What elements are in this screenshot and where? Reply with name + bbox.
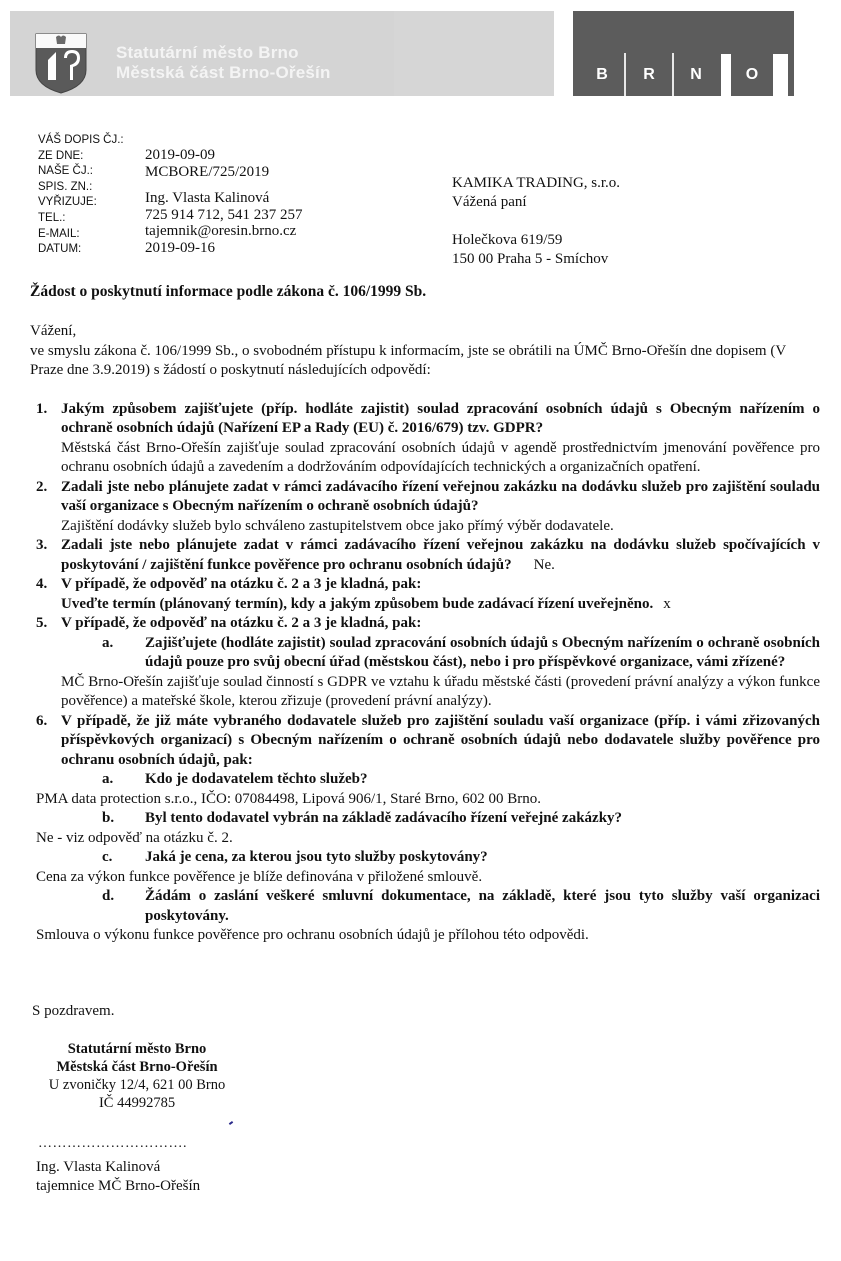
subquestion-letter: d. bbox=[102, 887, 114, 907]
org-line2: Městská část Brno-Ořešín bbox=[116, 63, 331, 83]
signer: Ing. Vlasta Kalinová tajemnice MČ Brno-O… bbox=[36, 1158, 200, 1196]
brno-letter-r: R bbox=[628, 53, 670, 96]
signature-line: …………………………. bbox=[38, 1136, 187, 1152]
recipient-address: KAMIKA TRADING, s.r.o. Vážená paní Holeč… bbox=[452, 174, 620, 269]
answer-6b: Ne - viz odpověď na otázku č. 2. bbox=[30, 829, 820, 849]
value-nase-cj: MCBORE/725/2019 bbox=[145, 164, 303, 181]
label-tel: TEL.: bbox=[38, 211, 124, 227]
label-ze-dne: ZE DNE: bbox=[38, 149, 124, 165]
brno-letter-o: O bbox=[731, 53, 773, 96]
question-5a: a.Zajišťujete (hodláte zajistit) soulad … bbox=[30, 634, 820, 673]
reference-values: 2019-09-09 MCBORE/725/2019 Ing. Vlasta K… bbox=[145, 147, 303, 257]
subquestion-text: Žádám o zaslání veškeré smluvní dokument… bbox=[145, 888, 820, 924]
recipient-city: 150 00 Praha 5 - Smíchov bbox=[452, 250, 620, 269]
stamp-line3: U zvoničky 12/4, 621 00 Brno bbox=[36, 1076, 238, 1094]
value-email: tajemnik@oresin.brno.cz bbox=[145, 223, 303, 240]
stamp-line1: Statutární město Brno bbox=[36, 1040, 238, 1058]
label-email: E-MAIL: bbox=[38, 227, 124, 243]
ink-mark bbox=[229, 1121, 233, 1125]
answer-1: Městská část Brno-Ořešín zajišťuje soula… bbox=[30, 439, 820, 478]
office-stamp: Statutární město Brno Městská část Brno-… bbox=[36, 1040, 238, 1112]
answer-6c: Cena za výkon funkce pověřence je blíže … bbox=[30, 868, 820, 888]
subquestion-text: Kdo je dodavatelem těchto služeb? bbox=[145, 771, 367, 787]
org-line1: Statutární město Brno bbox=[116, 43, 331, 63]
answer-6a: PMA data protection s.r.o., IČO: 0708449… bbox=[30, 790, 820, 810]
answer-5a: MČ Brno-Ořešín zajišťuje soulad činností… bbox=[30, 673, 820, 712]
question-6a: a.Kdo je dodavatelem těchto služeb? bbox=[30, 770, 820, 790]
value-vyrizuje: Ing. Vlasta Kalinová bbox=[145, 190, 303, 207]
letterhead-title: Statutární město Brno Městská část Brno-… bbox=[116, 43, 331, 83]
letter-body: Vážení, ve smyslu zákona č. 106/1999 Sb.… bbox=[30, 322, 820, 946]
question-3: 3.Zadali jste nebo plánujete zadat v rám… bbox=[30, 536, 820, 575]
subquestion-letter: c. bbox=[102, 848, 112, 868]
reference-labels: VÁŠ DOPIS ČJ.: ZE DNE: NAŠE ČJ.: SPIS. Z… bbox=[38, 133, 124, 258]
letter-subject: Žádost o poskytnutí informace podle záko… bbox=[30, 283, 426, 301]
question-number: 3. bbox=[36, 536, 47, 556]
intro-text: ve smyslu zákona č. 106/1999 Sb., o svob… bbox=[30, 342, 820, 381]
recipient-street: Holečkova 619/59 bbox=[452, 231, 620, 250]
question-4-detail: Uveďte termín (plánovaný termín), kdy a … bbox=[30, 595, 820, 615]
stamp-line4: IČ 44992785 bbox=[36, 1094, 238, 1112]
greeting: Vážení, bbox=[30, 322, 820, 342]
question-5: 5.V případě, že odpověď na otázku č. 2 a… bbox=[30, 614, 820, 634]
question-text: Zadali jste nebo plánujete zadat v rámci… bbox=[61, 537, 820, 573]
brno-logo: B R N O bbox=[573, 11, 794, 96]
question-6d: d.Žádám o zaslání veškeré smluvní dokume… bbox=[30, 887, 820, 926]
closing: S pozdravem. bbox=[32, 1003, 114, 1020]
question-number: 1. bbox=[36, 400, 47, 420]
signer-title: tajemnice MČ Brno-Ořešín bbox=[36, 1177, 200, 1196]
brno-separator bbox=[624, 53, 626, 96]
question-6: 6.V případě, že již máte vybraného dodav… bbox=[30, 712, 820, 771]
subquestion-text: Byl tento dodavatel vybrán na základě za… bbox=[145, 810, 622, 826]
subquestion-letter: a. bbox=[102, 634, 113, 654]
brno-separator bbox=[672, 53, 674, 96]
value-datum: 2019-09-16 bbox=[145, 240, 303, 257]
answer-4: x bbox=[663, 596, 671, 612]
value-tel: 725 914 712, 541 237 257 bbox=[145, 207, 303, 224]
brno-letter-b: B bbox=[581, 53, 623, 96]
recipient-salutation: Vážená paní bbox=[452, 193, 620, 212]
question-4: 4.V případě, že odpověď na otázku č. 2 a… bbox=[30, 575, 820, 595]
brno-gap bbox=[773, 54, 788, 96]
answer-3: Ne. bbox=[534, 557, 555, 573]
answer-2: Zajištění dodávky služeb bylo schváleno … bbox=[30, 517, 820, 537]
question-text: V případě, že již máte vybraného dodavat… bbox=[61, 713, 820, 768]
question-1: 1.Jakým způsobem zajišťujete (příp. hodl… bbox=[30, 400, 820, 439]
subquestion-text: Jaká je cena, za kterou jsou tyto služby… bbox=[145, 849, 488, 865]
signer-name: Ing. Vlasta Kalinová bbox=[36, 1158, 200, 1177]
question-text: Zadali jste nebo plánujete zadat v rámci… bbox=[61, 479, 820, 515]
question-text: Uveďte termín (plánovaný termín), kdy a … bbox=[61, 596, 653, 612]
question-number: 4. bbox=[36, 575, 47, 595]
stamp-line2: Městská část Brno-Ořešín bbox=[36, 1058, 238, 1076]
subquestion-text: Zajišťujete (hodláte zajistit) soulad zp… bbox=[145, 635, 820, 671]
question-number: 2. bbox=[36, 478, 47, 498]
value-ze-dne: 2019-09-09 bbox=[145, 147, 303, 164]
question-text: Jakým způsobem zajišťujete (příp. hodlát… bbox=[61, 401, 820, 437]
subquestion-letter: a. bbox=[102, 770, 113, 790]
question-number: 5. bbox=[36, 614, 47, 634]
letterhead-band-right bbox=[394, 11, 554, 96]
label-vyrizuje: VYŘIZUJE: bbox=[38, 195, 124, 211]
question-6b: b.Byl tento dodavatel vybrán na základě … bbox=[30, 809, 820, 829]
question-text: V případě, že odpověď na otázku č. 2 a 3… bbox=[61, 615, 421, 631]
recipient-company: KAMIKA TRADING, s.r.o. bbox=[452, 174, 620, 193]
subquestion-letter: b. bbox=[102, 809, 114, 829]
question-6c: c.Jaká je cena, za kterou jsou tyto služ… bbox=[30, 848, 820, 868]
answer-6d: Smlouva o výkonu funkce pověřence pro oc… bbox=[30, 926, 820, 946]
label-datum: DATUM: bbox=[38, 242, 124, 258]
question-2: 2.Zadali jste nebo plánujete zadat v rám… bbox=[30, 478, 820, 517]
question-number: 6. bbox=[36, 712, 47, 732]
coat-of-arms-icon bbox=[34, 32, 88, 94]
label-vas-dopis: VÁŠ DOPIS ČJ.: bbox=[38, 133, 124, 149]
label-nase-cj: NAŠE ČJ.: bbox=[38, 164, 124, 180]
question-text: V případě, že odpověď na otázku č. 2 a 3… bbox=[61, 576, 421, 592]
brno-letter-n: N bbox=[675, 53, 717, 96]
label-spis-zn: SPIS. ZN.: bbox=[38, 180, 124, 196]
